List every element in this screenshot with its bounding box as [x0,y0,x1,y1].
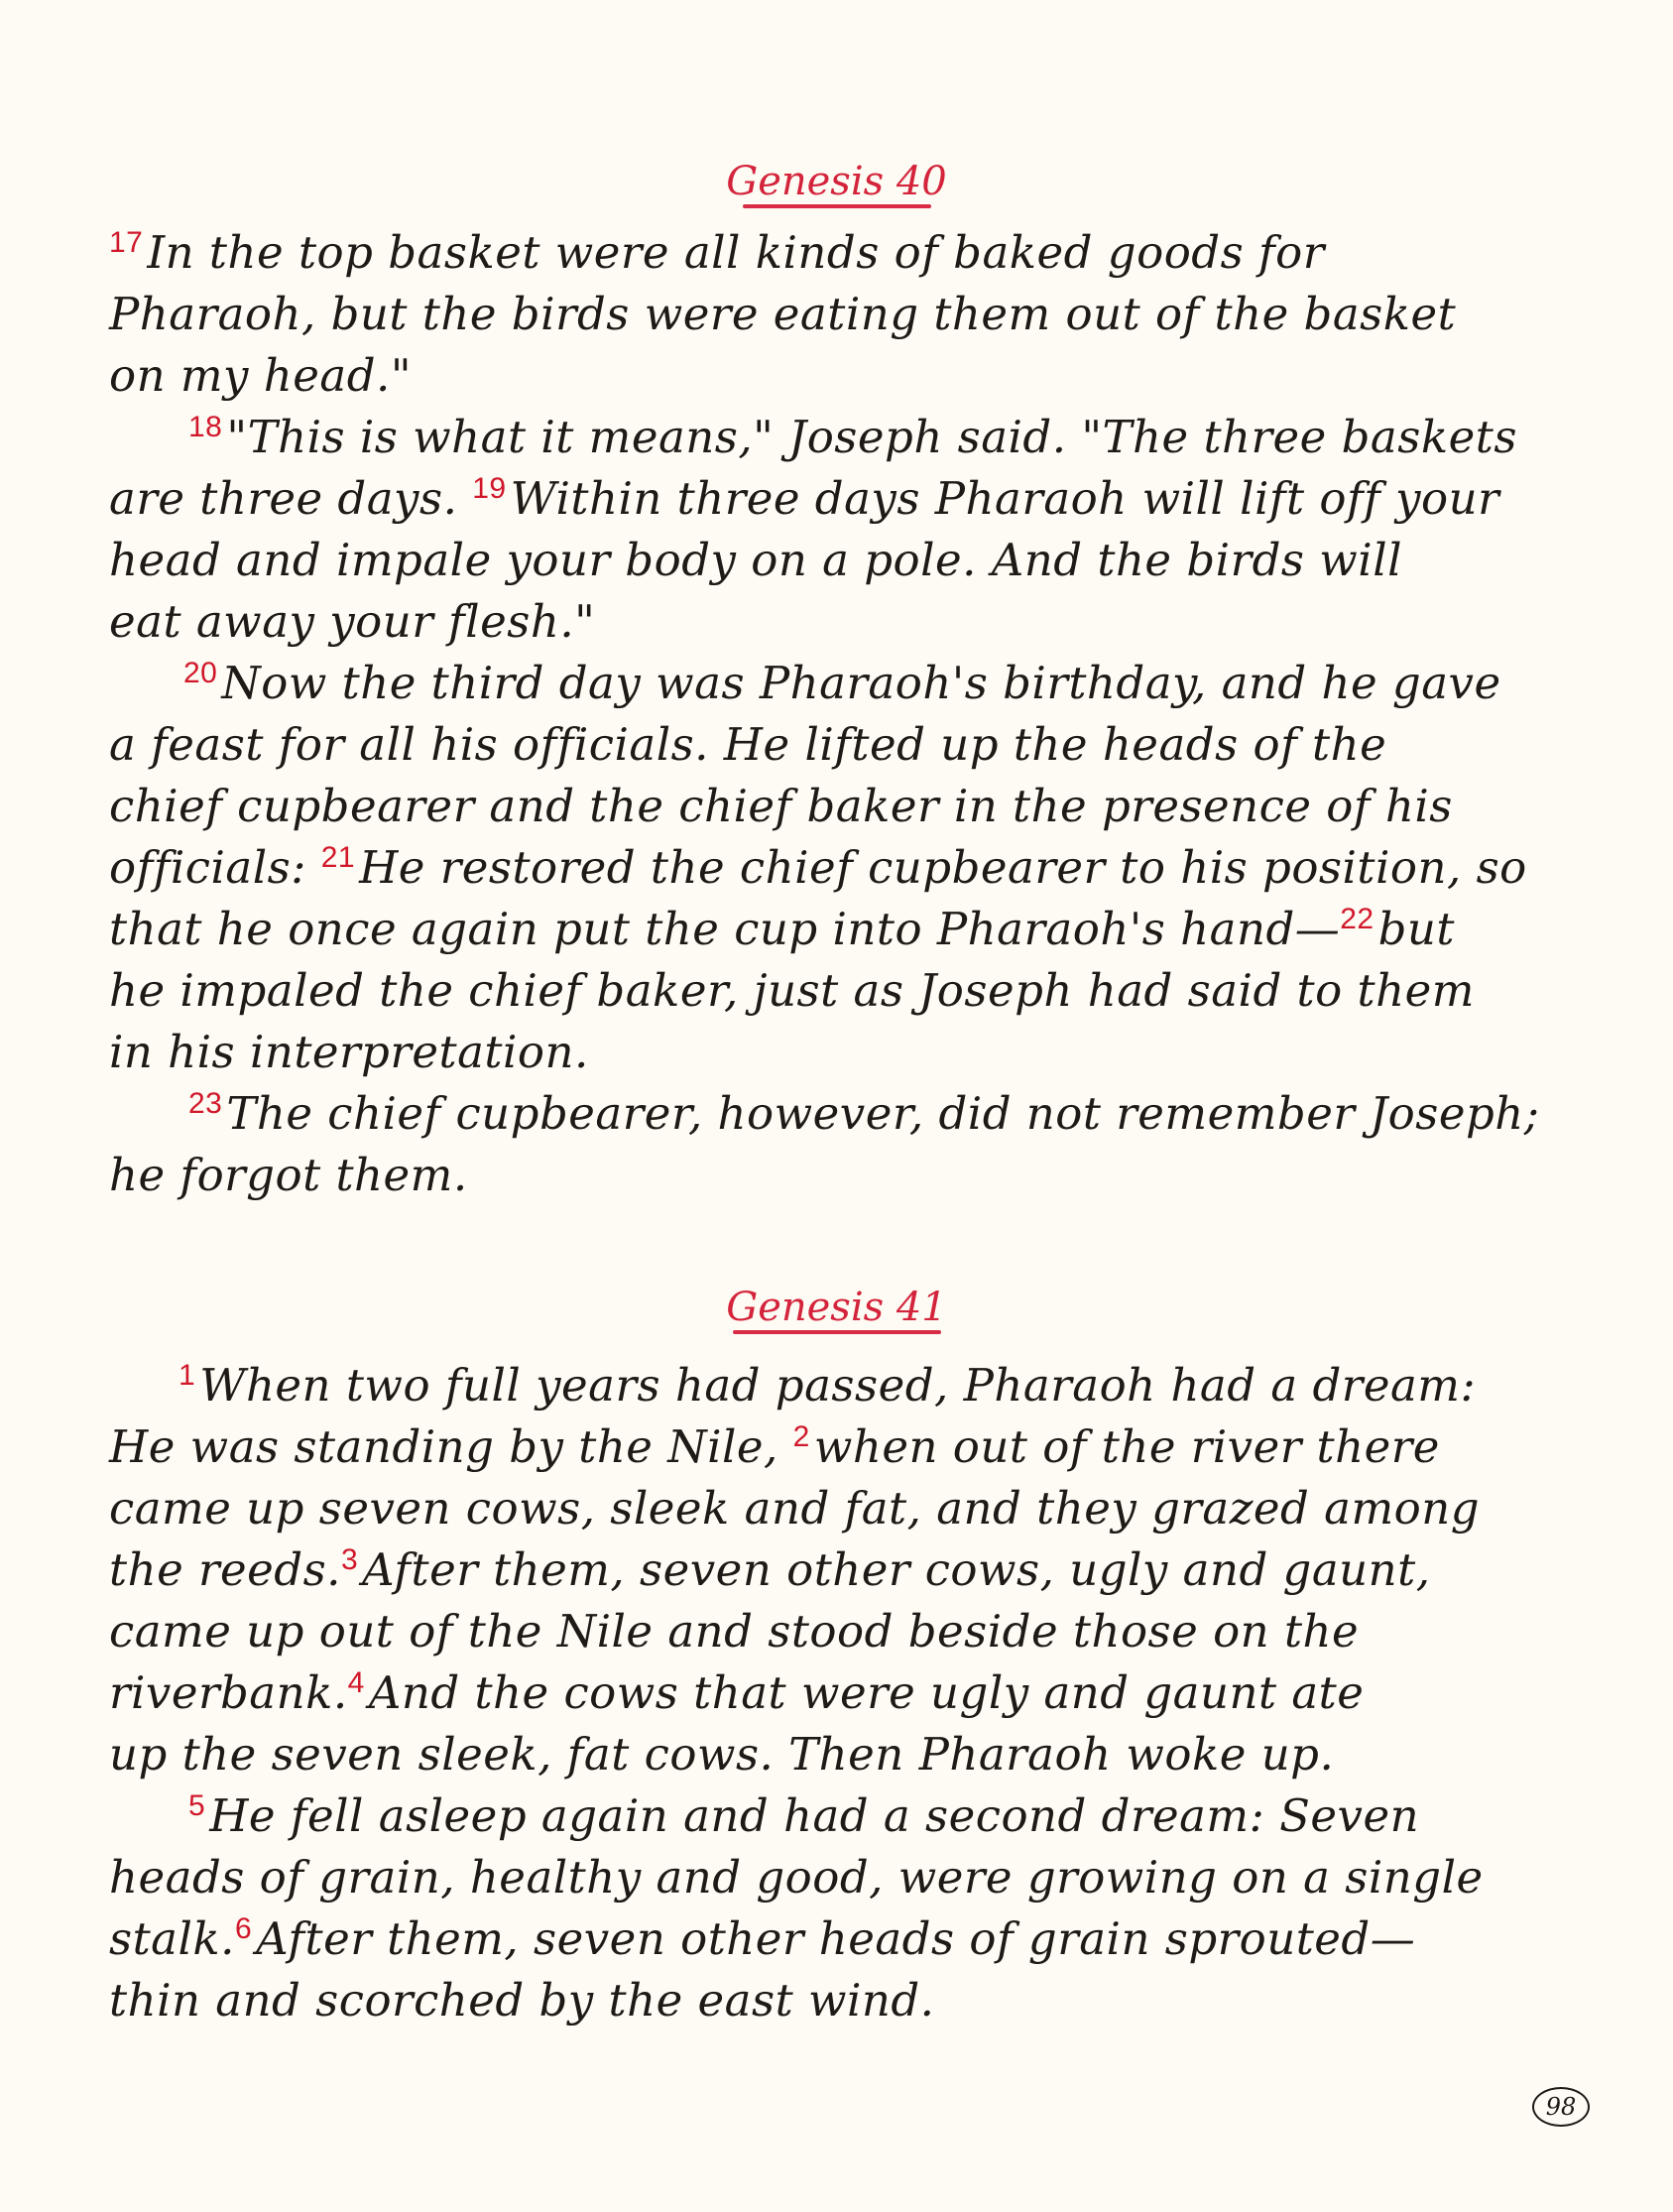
heading-underline [733,1330,941,1334]
text-line: Pharaoh, but the birds were eating them … [109,288,1456,340]
verse-number: 3 [341,1543,358,1576]
verse-number: 1 [179,1359,195,1392]
verse-number: 17 [109,226,143,259]
text-line: heads of grain, healthy and good, were g… [109,1851,1484,1904]
text-line: a feast for all his officials. He lifted… [109,718,1386,771]
text-line: 20Now the third day was Pharaoh's birthd… [183,657,1501,709]
verse-number: 23 [188,1087,222,1120]
text-line: up the seven sleek, fat cows. Then Phara… [109,1728,1334,1781]
verse-number: 22 [1340,903,1374,935]
text-line: on my head." [109,349,412,402]
text-line: came up out of the Nile and stood beside… [109,1605,1359,1658]
text-line: 1When two full years had passed, Pharaoh… [179,1359,1476,1412]
text-line: head and impale your body on a pole. And… [109,534,1402,586]
text-line: chief cupbearer and the chief baker in t… [109,780,1453,832]
verse-number: 5 [188,1789,205,1822]
text-line: 5He fell asleep again and had a second d… [188,1789,1419,1842]
verse-number: 4 [348,1666,365,1699]
text-line: riverbank.4And the cows that were ugly a… [109,1666,1364,1719]
handwritten-page: Genesis 40 17In the top basket were all … [0,0,1673,2212]
text-line: thin and scorched by the east wind. [109,1974,934,2027]
text-line: he forgot them. [109,1149,468,1201]
text-line: officials: 21He restored the chief cupbe… [109,841,1527,894]
text-line: the reeds.3After them, seven other cows,… [109,1543,1431,1596]
text-line: 17In the top basket were all kinds of ba… [109,226,1325,279]
text-line: are three days. 19Within three days Phar… [109,472,1499,525]
heading-underline [743,204,931,208]
text-line: eat away your flesh." [109,595,595,648]
text-line: stalk.6After them, seven other heads of … [109,1912,1415,1965]
chapter-heading-genesis-40: Genesis 40 [0,159,1673,208]
text-line: 18"This is what it means," Joseph said. … [188,411,1517,463]
verse-number: 18 [188,411,222,443]
text-line: that he once again put the cup into Phar… [109,903,1455,955]
page-number: 98 [1532,2087,1590,2127]
text-line: He was standing by the Nile, 2when out o… [109,1420,1440,1473]
text-line: he impaled the chief baker, just as Jose… [109,964,1475,1017]
heading-text: Genesis 41 [726,1285,947,1330]
chapter-heading-genesis-41: Genesis 41 [0,1285,1673,1334]
verse-number: 21 [321,841,355,874]
verse-number: 19 [472,472,506,505]
heading-text: Genesis 40 [726,159,947,204]
verse-number: 20 [183,657,217,689]
text-line: 23The chief cupbearer, however, did not … [188,1087,1539,1140]
text-line: came up seven cows, sleek and fat, and t… [109,1482,1480,1535]
text-line: in his interpretation. [109,1026,589,1078]
verse-number: 2 [793,1420,810,1453]
verse-number: 6 [235,1912,252,1945]
